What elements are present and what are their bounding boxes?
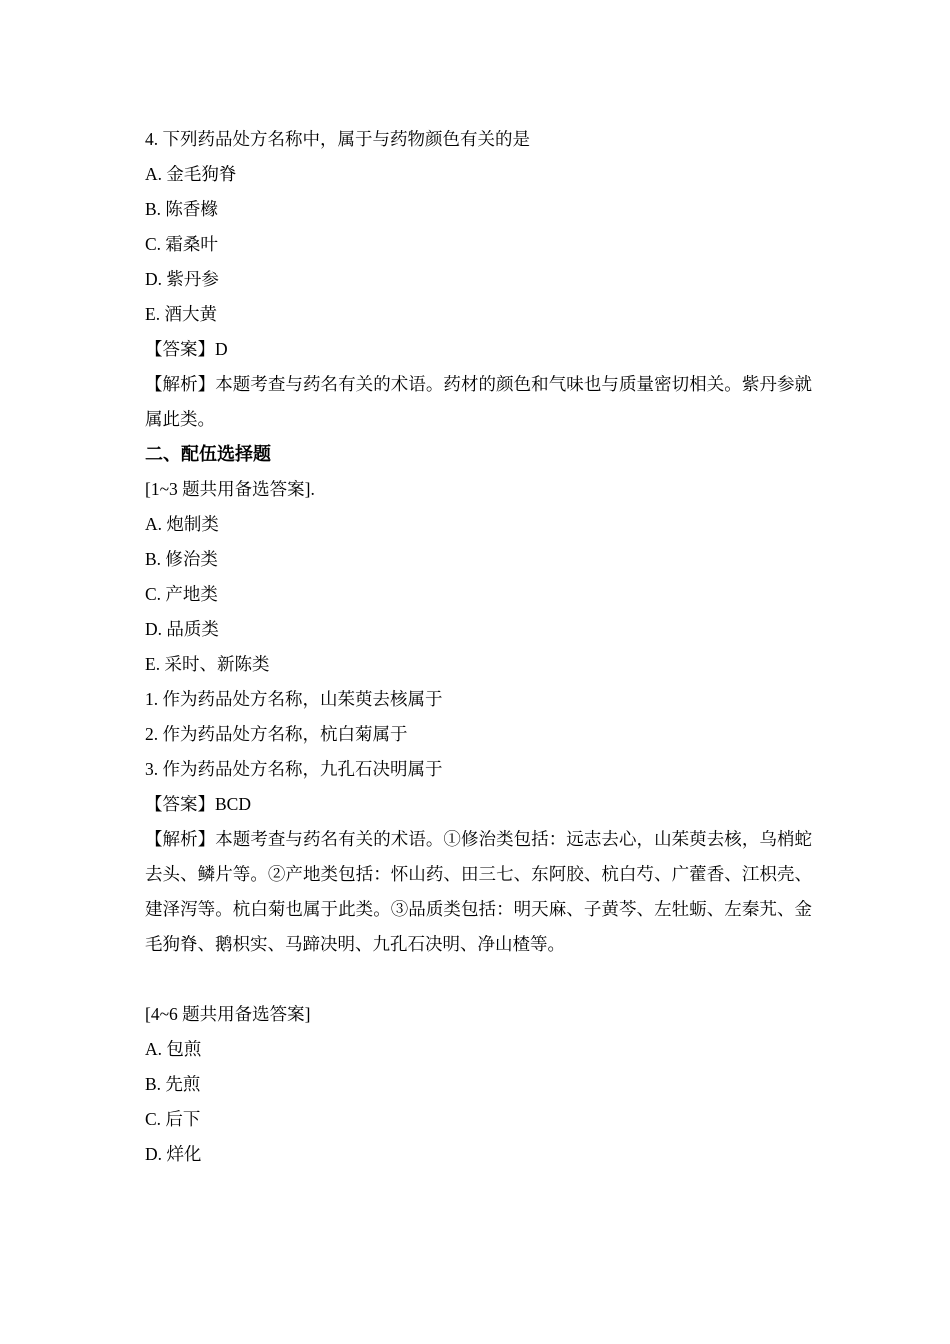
question-4-stem: 4. 下列药品处方名称中，属于与药物颜色有关的是 xyxy=(145,122,812,157)
question-4-option-a: A. 金毛狗脊 xyxy=(145,157,812,192)
question-4-option-c: C. 霜桑叶 xyxy=(145,227,812,262)
group-4-6-option-c: C. 后下 xyxy=(145,1102,812,1137)
group-1-3-question-3: 3. 作为药品处方名称，九孔石决明属于 xyxy=(145,752,812,787)
group-1-3-header: [1~3 题共用备选答案]. xyxy=(145,472,812,507)
group-4-6-option-a: A. 包煎 xyxy=(145,1032,812,1067)
question-4-option-d: D. 紫丹参 xyxy=(145,262,812,297)
group-1-3-option-a: A. 炮制类 xyxy=(145,507,812,542)
group-4-6-option-d: D. 烊化 xyxy=(145,1137,812,1172)
section-heading-matching-questions: 二、配伍选择题 xyxy=(145,437,812,472)
group-4-6-header: [4~6 题共用备选答案] xyxy=(145,997,812,1032)
group-4-6-block: [4~6 题共用备选答案] A. 包煎 B. 先煎 C. 后下 D. 烊化 xyxy=(145,997,812,1172)
group-4-6-option-b: B. 先煎 xyxy=(145,1067,812,1102)
question-4-answer: 【答案】D xyxy=(145,332,812,367)
group-1-3-block: [1~3 题共用备选答案]. A. 炮制类 B. 修治类 C. 产地类 D. 品… xyxy=(145,472,812,962)
group-1-3-option-e: E. 采时、新陈类 xyxy=(145,647,812,682)
group-1-3-option-c: C. 产地类 xyxy=(145,577,812,612)
question-4-analysis: 【解析】本题考查与药名有关的术语。药材的颜色和气味也与质量密切相关。紫丹参就属此… xyxy=(145,367,812,437)
document-page: 4. 下列药品处方名称中，属于与药物颜色有关的是 A. 金毛狗脊 B. 陈香橼 … xyxy=(0,0,950,1344)
question-4-block: 4. 下列药品处方名称中，属于与药物颜色有关的是 A. 金毛狗脊 B. 陈香橼 … xyxy=(145,122,812,437)
group-1-3-option-d: D. 品质类 xyxy=(145,612,812,647)
group-1-3-answer: 【答案】BCD xyxy=(145,787,812,822)
group-1-3-analysis: 【解析】本题考查与药名有关的术语。①修治类包括：远志去心，山茱萸去核，乌梢蛇去头… xyxy=(145,822,812,962)
group-1-3-option-b: B. 修治类 xyxy=(145,542,812,577)
group-1-3-question-2: 2. 作为药品处方名称，杭白菊属于 xyxy=(145,717,812,752)
group-1-3-question-1: 1. 作为药品处方名称，山茱萸去核属于 xyxy=(145,682,812,717)
question-4-option-e: E. 酒大黄 xyxy=(145,297,812,332)
question-4-option-b: B. 陈香橼 xyxy=(145,192,812,227)
